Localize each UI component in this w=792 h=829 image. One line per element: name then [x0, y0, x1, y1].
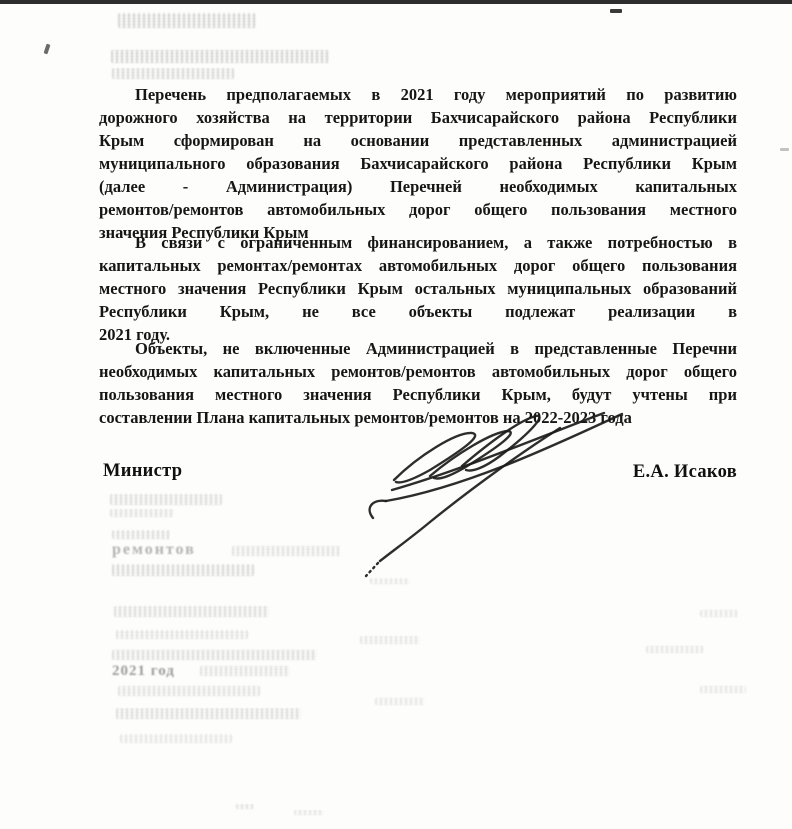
ghost-smudge	[110, 494, 222, 505]
ghost-text: 2021 год	[112, 663, 175, 680]
ghost-smudge	[360, 636, 420, 644]
ghost-smudge	[200, 666, 290, 676]
scan-speck	[610, 9, 622, 13]
ghost-smudge	[700, 610, 738, 617]
text-line: Объекты, не включенные Администрацией в …	[99, 337, 737, 360]
signer-name: Е.А. Исаков	[633, 462, 737, 483]
scan-speck	[780, 148, 789, 151]
paragraph-2: В связи с ограниченным финансированием, …	[99, 231, 737, 346]
ghost-smudge	[646, 646, 704, 653]
scanned-document-page: Перечень предполагаемых в 2021 году меро…	[0, 0, 792, 829]
text-line: Перечень предполагаемых в 2021 году меро…	[99, 83, 737, 106]
signer-title: Министр	[103, 461, 182, 482]
scan-edge-artifact	[0, 0, 792, 4]
text-line: (далее - Администрация) Перечней необход…	[99, 175, 737, 198]
text-line: В связи с ограниченным финансированием, …	[99, 231, 737, 254]
text-line: дорожного хозяйства на территории Бахчис…	[99, 106, 737, 129]
ghost-smudge	[114, 606, 269, 617]
ghost-smudge	[232, 546, 340, 556]
ghost-smudge	[294, 810, 324, 815]
text-line: муниципального образования Бахчисарайско…	[99, 152, 737, 175]
ghost-smudge	[112, 530, 170, 539]
ghost-smudge	[116, 630, 248, 639]
text-line: местного значения Республики Крым осталь…	[99, 277, 737, 300]
text-line: Крым сформирован на основании представле…	[99, 129, 737, 152]
scan-speck	[44, 44, 51, 55]
handwritten-signature	[352, 404, 627, 604]
ghost-smudge	[700, 686, 746, 693]
ghost-smudge	[110, 509, 174, 517]
ghost-smudge	[116, 708, 301, 719]
paragraph-1: Перечень предполагаемых в 2021 году меро…	[99, 83, 737, 244]
ghost-smudge	[375, 698, 425, 705]
ghost-smudge	[120, 734, 232, 743]
ghost-smudge	[118, 13, 256, 28]
ghost-text: ремонтов	[112, 541, 196, 559]
ghost-smudge	[112, 650, 317, 660]
text-line: пользования местного значения Республики…	[99, 383, 737, 406]
ghost-smudge	[118, 686, 260, 696]
ghost-smudge	[370, 578, 410, 584]
ghost-smudge	[236, 804, 254, 809]
ghost-smudge	[111, 50, 329, 63]
text-line: ремонтов/ремонтов автомобильных дорог об…	[99, 198, 737, 221]
text-line: капитальных ремонтах/ремонтах автомобиль…	[99, 254, 737, 277]
text-line: Республики Крым, не все объекты подлежат…	[99, 300, 737, 323]
text-line: необходимых капитальных ремонтов/ремонто…	[99, 360, 737, 383]
ghost-smudge	[112, 564, 254, 576]
ghost-smudge	[112, 68, 234, 79]
